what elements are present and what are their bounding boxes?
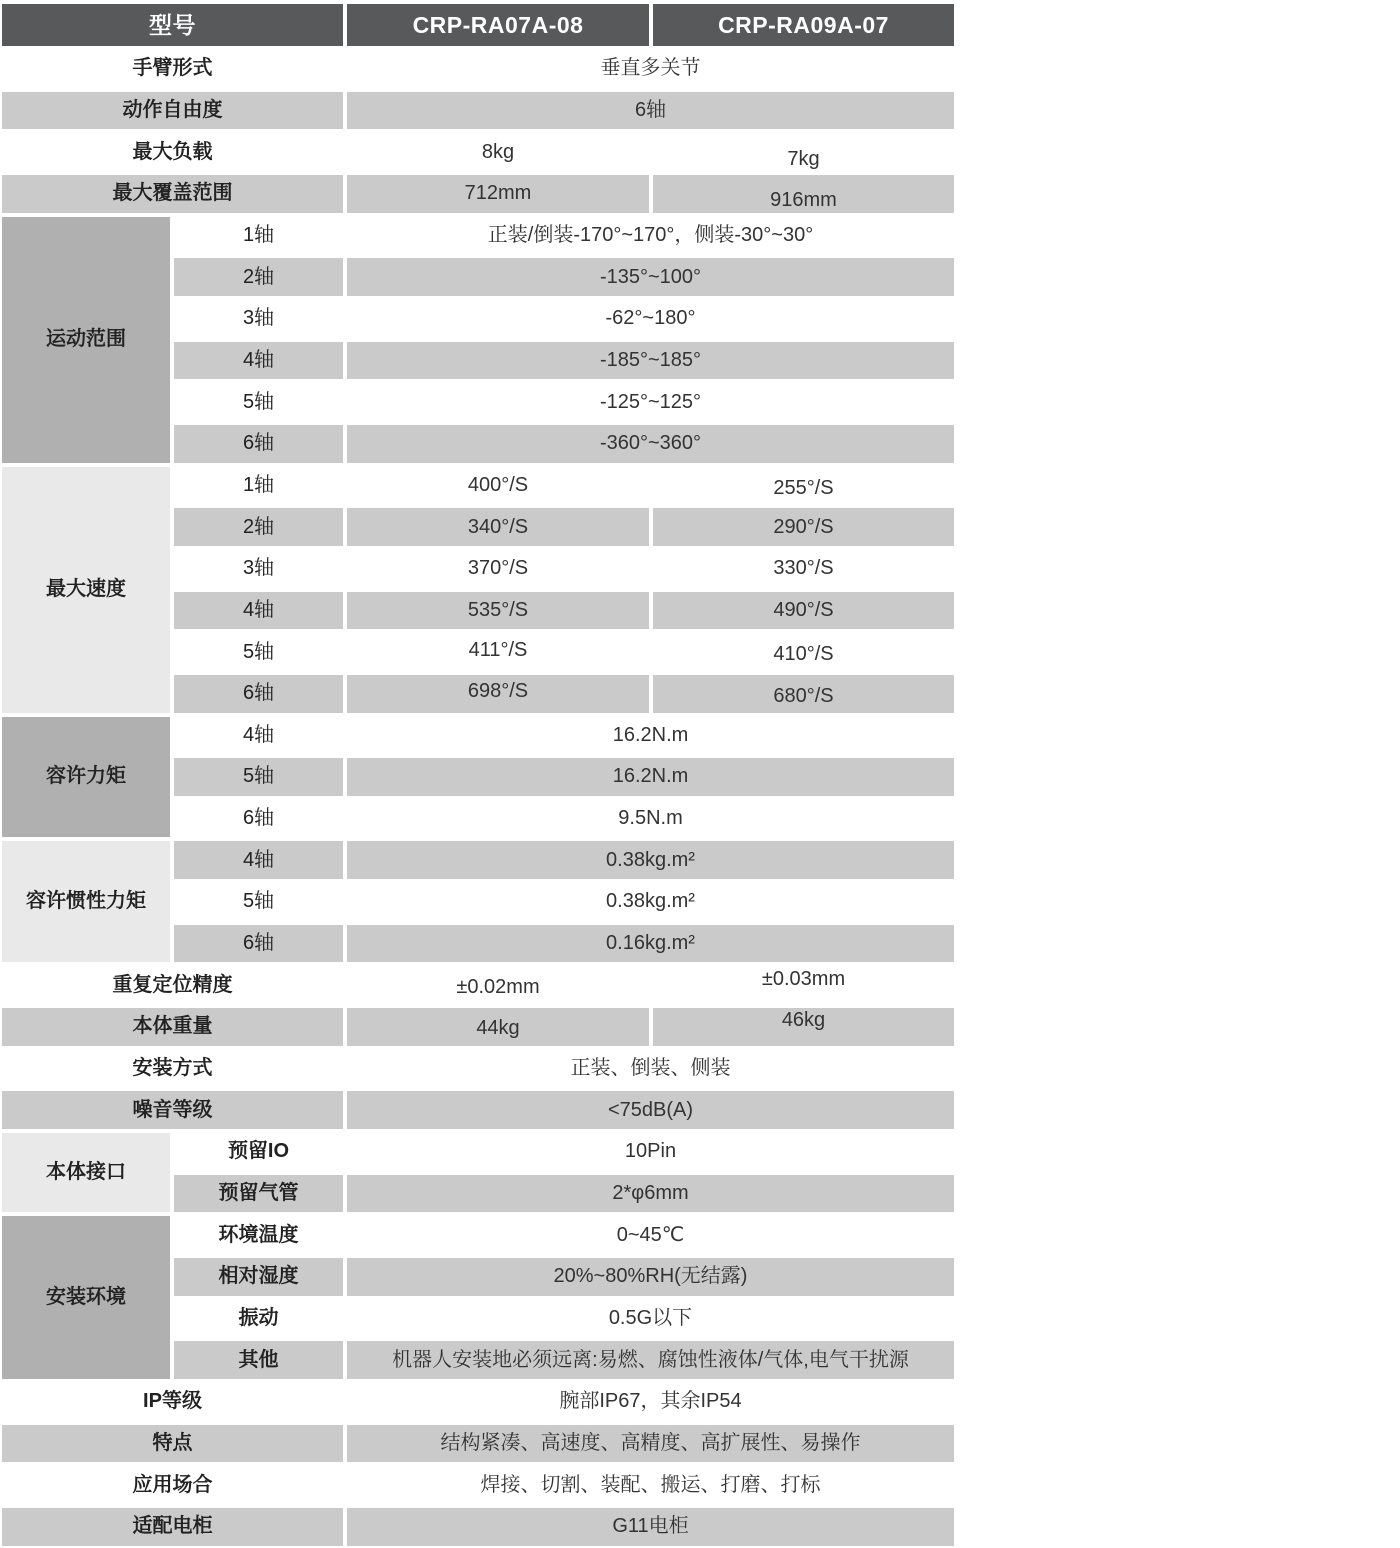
spec-value-cell-text: 680°/S	[773, 685, 833, 708]
spec-subrow-label-text: 6轴	[243, 682, 274, 705]
spec-value-cell-text: G11电柜	[612, 1515, 688, 1538]
spec-value-cell: 8kg	[345, 131, 651, 173]
spec-value-cell: 44kg	[345, 1006, 651, 1048]
spec-subrow-label: 相对湿度	[172, 1256, 345, 1298]
spec-value-cell-text: 0.38kg.m²	[606, 890, 695, 913]
spec-value-cell: 340°/S	[345, 506, 651, 548]
spec-subrow-label-text: 1轴	[243, 474, 274, 497]
spec-subrow-label-text: 4轴	[243, 724, 274, 747]
spec-value-cell: 0.38kg.m²	[345, 839, 956, 881]
spec-subrow-label-text: 1轴	[243, 224, 274, 247]
spec-subrow-label: 2轴	[172, 256, 345, 298]
spec-group-label: 最大速度	[0, 465, 172, 715]
spec-row-label-text: 最大覆盖范围	[113, 182, 233, 205]
spec-value-cell: ±0.03mm	[651, 964, 956, 1006]
spec-value-cell-text: 255°/S	[773, 477, 833, 500]
spec-value-cell: 6轴	[345, 90, 956, 132]
spec-value-cell-text: 44kg	[476, 1017, 519, 1040]
spec-value-cell: ±0.02mm	[345, 964, 651, 1006]
spec-subrow-label: 6轴	[172, 923, 345, 965]
spec-subrow-label: 6轴	[172, 423, 345, 465]
spec-value-cell: 916mm	[651, 173, 956, 215]
spec-value-cell-text: 16.2N.m	[613, 765, 689, 788]
spec-row-label: 动作自由度	[0, 90, 345, 132]
spec-subrow-label: 其他	[172, 1339, 345, 1381]
spec-subrow-label-text: 5轴	[243, 641, 274, 664]
spec-group-label: 运动范围	[0, 215, 172, 465]
spec-value-cell: 712mm	[345, 173, 651, 215]
spec-subrow-label: 振动	[172, 1298, 345, 1340]
spec-subrow-label: 预留IO	[172, 1131, 345, 1173]
spec-value-cell-text: 9.5N.m	[618, 807, 682, 830]
spec-value-cell: 16.2N.m	[345, 756, 956, 798]
spec-value-cell-text: 8kg	[482, 141, 514, 164]
spec-row-label-text: 手臂形式	[133, 57, 213, 80]
spec-value-cell-text: 10Pin	[625, 1140, 676, 1163]
spec-subrow-label: 5轴	[172, 881, 345, 923]
col-header-model-label: 型号	[0, 2, 345, 48]
spec-group-label-text: 最大速度	[46, 578, 126, 601]
spec-group-label-text: 容许力矩	[46, 765, 126, 788]
spec-value-cell: 680°/S	[651, 673, 956, 715]
spec-value-cell-text: 结构紧凑、高速度、高精度、高扩展性、易操作	[441, 1432, 861, 1455]
spec-subrow-label: 4轴	[172, 839, 345, 881]
spec-value-cell-text: 46kg	[782, 1009, 825, 1032]
spec-group-label-text: 容许惯性力矩	[26, 890, 146, 913]
spec-value-cell-text: <75dB(A)	[608, 1099, 693, 1122]
spec-value-cell-text: 340°/S	[468, 516, 528, 539]
spec-value-cell: 255°/S	[651, 465, 956, 507]
spec-value-cell: 7kg	[651, 131, 956, 173]
spec-value-cell: 411°/S	[345, 631, 651, 673]
spec-value-cell: 410°/S	[651, 631, 956, 673]
spec-value-cell: 490°/S	[651, 590, 956, 632]
spec-value-cell-text: 370°/S	[468, 557, 528, 580]
spec-subrow-label-text: 环境温度	[219, 1224, 299, 1247]
spec-value-cell: 腕部IP67，其余IP54	[345, 1381, 956, 1423]
spec-group-label: 安装环境	[0, 1214, 172, 1381]
spec-subrow-label-text: 相对湿度	[219, 1265, 299, 1288]
spec-value-cell-text: 0.5G以下	[609, 1307, 692, 1330]
spec-row-label-text: 适配电柜	[133, 1515, 213, 1538]
spec-value-cell: -135°~100°	[345, 256, 956, 298]
spec-value-cell-text: -360°~360°	[600, 432, 701, 455]
spec-value-cell: <75dB(A)	[345, 1089, 956, 1131]
spec-row-label-text: 应用场合	[133, 1474, 213, 1497]
spec-subrow-label: 4轴	[172, 590, 345, 632]
spec-subrow-label: 5轴	[172, 381, 345, 423]
spec-subrow-label: 环境温度	[172, 1214, 345, 1256]
spec-value-cell-text: 330°/S	[773, 557, 833, 580]
spec-group-label-text: 本体接口	[46, 1161, 126, 1184]
spec-value-cell-text: 焊接、切割、装配、搬运、打磨、打标	[481, 1474, 821, 1497]
spec-subrow-label: 4轴	[172, 340, 345, 382]
spec-value-cell-text: 698°/S	[468, 680, 528, 703]
spec-value-cell-text: 20%~80%RH(无结露)	[554, 1265, 748, 1288]
spec-subrow-label-text: 4轴	[243, 599, 274, 622]
spec-row-label: 应用场合	[0, 1464, 345, 1506]
spec-subrow-label: 1轴	[172, 215, 345, 257]
col-header-model-1-text: CRP-RA07A-08	[413, 12, 584, 38]
spec-value-cell-text: -125°~125°	[600, 391, 701, 414]
spec-subrow-label-text: 振动	[239, 1307, 279, 1330]
spec-value-cell: 2*φ6mm	[345, 1173, 956, 1215]
spec-value-cell-text: 400°/S	[468, 474, 528, 497]
spec-row-label: IP等级	[0, 1381, 345, 1423]
col-header-model-2-text: CRP-RA09A-07	[718, 12, 889, 38]
spec-group-label: 本体接口	[0, 1131, 172, 1214]
spec-value-cell: 正装、倒装、侧装	[345, 1048, 956, 1090]
robot-spec-sheet: 型号CRP-RA07A-08CRP-RA09A-07手臂形式垂直多关节动作自由度…	[0, 0, 1400, 1548]
spec-subrow-label-text: 6轴	[243, 932, 274, 955]
spec-value-cell-text: 6轴	[635, 99, 666, 122]
spec-value-cell-text: -185°~185°	[600, 349, 701, 372]
spec-subrow-label: 6轴	[172, 798, 345, 840]
spec-group-label: 容许惯性力矩	[0, 839, 172, 964]
spec-subrow-label: 2轴	[172, 506, 345, 548]
spec-value-cell: 焊接、切割、装配、搬运、打磨、打标	[345, 1464, 956, 1506]
spec-group-label-text: 安装环境	[46, 1286, 126, 1309]
spec-value-cell: 370°/S	[345, 548, 651, 590]
spec-value-cell: -62°~180°	[345, 298, 956, 340]
spec-value-cell-text: ±0.03mm	[762, 968, 845, 991]
col-header-model-2: CRP-RA09A-07	[651, 2, 956, 48]
spec-value-cell-text: 712mm	[465, 182, 532, 205]
spec-subrow-label: 预留气管	[172, 1173, 345, 1215]
spec-value-cell: -360°~360°	[345, 423, 956, 465]
spec-value-cell: 9.5N.m	[345, 798, 956, 840]
spec-subrow-label-text: 其他	[239, 1349, 279, 1372]
spec-value-cell-text: 411°/S	[469, 639, 528, 662]
spec-row-label-text: 动作自由度	[123, 99, 223, 122]
spec-row-label: 最大负载	[0, 131, 345, 173]
spec-row-label-text: 本体重量	[133, 1015, 213, 1038]
spec-subrow-label: 1轴	[172, 465, 345, 507]
spec-value-cell: 330°/S	[651, 548, 956, 590]
spec-value-cell: 0.5G以下	[345, 1298, 956, 1340]
spec-group-label-text: 运动范围	[46, 328, 126, 351]
spec-row-label: 本体重量	[0, 1006, 345, 1048]
spec-subrow-label-text: 6轴	[243, 432, 274, 455]
spec-row-label: 安装方式	[0, 1048, 345, 1090]
spec-row-label-text: IP等级	[143, 1390, 202, 1413]
spec-value-cell: 0.38kg.m²	[345, 881, 956, 923]
spec-value-cell: 290°/S	[651, 506, 956, 548]
spec-subrow-label: 3轴	[172, 548, 345, 590]
spec-row-label: 适配电柜	[0, 1506, 345, 1548]
spec-row-label-text: 噪音等级	[133, 1099, 213, 1122]
spec-value-cell-text: 916mm	[770, 189, 837, 212]
spec-row-label: 特点	[0, 1423, 345, 1465]
spec-value-cell: 0~45℃	[345, 1214, 956, 1256]
spec-subrow-label-text: 2轴	[243, 516, 274, 539]
spec-value-cell-text: 16.2N.m	[613, 724, 689, 747]
spec-value-cell: -185°~185°	[345, 340, 956, 382]
spec-value-cell: 698°/S	[345, 673, 651, 715]
spec-subrow-label: 4轴	[172, 715, 345, 757]
spec-subrow-label-text: 3轴	[243, 557, 274, 580]
spec-subrow-label-text: 4轴	[243, 849, 274, 872]
spec-value-cell-text: -135°~100°	[600, 266, 701, 289]
spec-value-cell-text: 2*φ6mm	[612, 1182, 688, 1205]
spec-value-cell: 535°/S	[345, 590, 651, 632]
spec-value-cell-text: 290°/S	[773, 516, 833, 539]
spec-row-label-text: 重复定位精度	[113, 974, 233, 997]
spec-value-cell: 垂直多关节	[345, 48, 956, 90]
spec-subrow-label-text: 3轴	[243, 307, 274, 330]
spec-value-cell: 16.2N.m	[345, 715, 956, 757]
spec-row-label: 重复定位精度	[0, 964, 345, 1006]
spec-value-cell-text: ±0.02mm	[456, 976, 539, 999]
spec-subrow-label-text: 2轴	[243, 266, 274, 289]
spec-value-cell: 10Pin	[345, 1131, 956, 1173]
spec-group-label: 容许力矩	[0, 715, 172, 840]
spec-row-label: 噪音等级	[0, 1089, 345, 1131]
spec-subrow-label-text: 5轴	[243, 391, 274, 414]
spec-value-cell-text: 0~45℃	[617, 1224, 685, 1247]
spec-subrow-label: 5轴	[172, 631, 345, 673]
spec-row-label-text: 最大负载	[133, 141, 213, 164]
spec-value-cell-text: 410°/S	[773, 643, 833, 666]
spec-subrow-label-text: 6轴	[243, 807, 274, 830]
spec-value-cell-text: 腕部IP67，其余IP54	[559, 1390, 741, 1413]
spec-value-cell-text: 正装、倒装、侧装	[571, 1057, 731, 1080]
spec-value-cell-text: 0.16kg.m²	[606, 932, 695, 955]
spec-value-cell: 机器人安装地必须远离:易燃、腐蚀性液体/气体,电气干扰源	[345, 1339, 956, 1381]
spec-value-cell: -125°~125°	[345, 381, 956, 423]
spec-value-cell-text: 535°/S	[468, 599, 528, 622]
spec-row-label: 手臂形式	[0, 48, 345, 90]
spec-value-cell-text: 正装/倒装-170°~170°，侧装-30°~30°	[488, 224, 813, 247]
spec-value-cell-text: 7kg	[787, 148, 819, 171]
spec-table: 型号CRP-RA07A-08CRP-RA09A-07手臂形式垂直多关节动作自由度…	[0, 2, 956, 1548]
spec-value-cell-text: 0.38kg.m²	[606, 849, 695, 872]
spec-value-cell: 0.16kg.m²	[345, 923, 956, 965]
spec-value-cell: 20%~80%RH(无结露)	[345, 1256, 956, 1298]
spec-subrow-label-text: 5轴	[243, 890, 274, 913]
col-header-model-label-text: 型号	[149, 12, 196, 38]
spec-value-cell: 400°/S	[345, 465, 651, 507]
spec-row-label-text: 安装方式	[133, 1057, 213, 1080]
spec-subrow-label-text: 预留气管	[219, 1182, 299, 1205]
spec-subrow-label: 6轴	[172, 673, 345, 715]
spec-value-cell: 46kg	[651, 1006, 956, 1048]
spec-row-label: 最大覆盖范围	[0, 173, 345, 215]
spec-subrow-label-text: 5轴	[243, 765, 274, 788]
spec-value-cell-text: -62°~180°	[606, 307, 696, 330]
spec-value-cell: 正装/倒装-170°~170°，侧装-30°~30°	[345, 215, 956, 257]
spec-value-cell-text: 机器人安装地必须远离:易燃、腐蚀性液体/气体,电气干扰源	[392, 1349, 909, 1372]
col-header-model-1: CRP-RA07A-08	[345, 2, 651, 48]
spec-value-cell: 结构紧凑、高速度、高精度、高扩展性、易操作	[345, 1423, 956, 1465]
spec-row-label-text: 特点	[153, 1432, 193, 1455]
spec-subrow-label-text: 4轴	[243, 349, 274, 372]
spec-value-cell-text: 490°/S	[773, 599, 833, 622]
spec-value-cell-text: 垂直多关节	[601, 57, 701, 80]
spec-subrow-label: 5轴	[172, 756, 345, 798]
spec-value-cell: G11电柜	[345, 1506, 956, 1548]
spec-subrow-label: 3轴	[172, 298, 345, 340]
spec-subrow-label-text: 预留IO	[228, 1140, 289, 1163]
